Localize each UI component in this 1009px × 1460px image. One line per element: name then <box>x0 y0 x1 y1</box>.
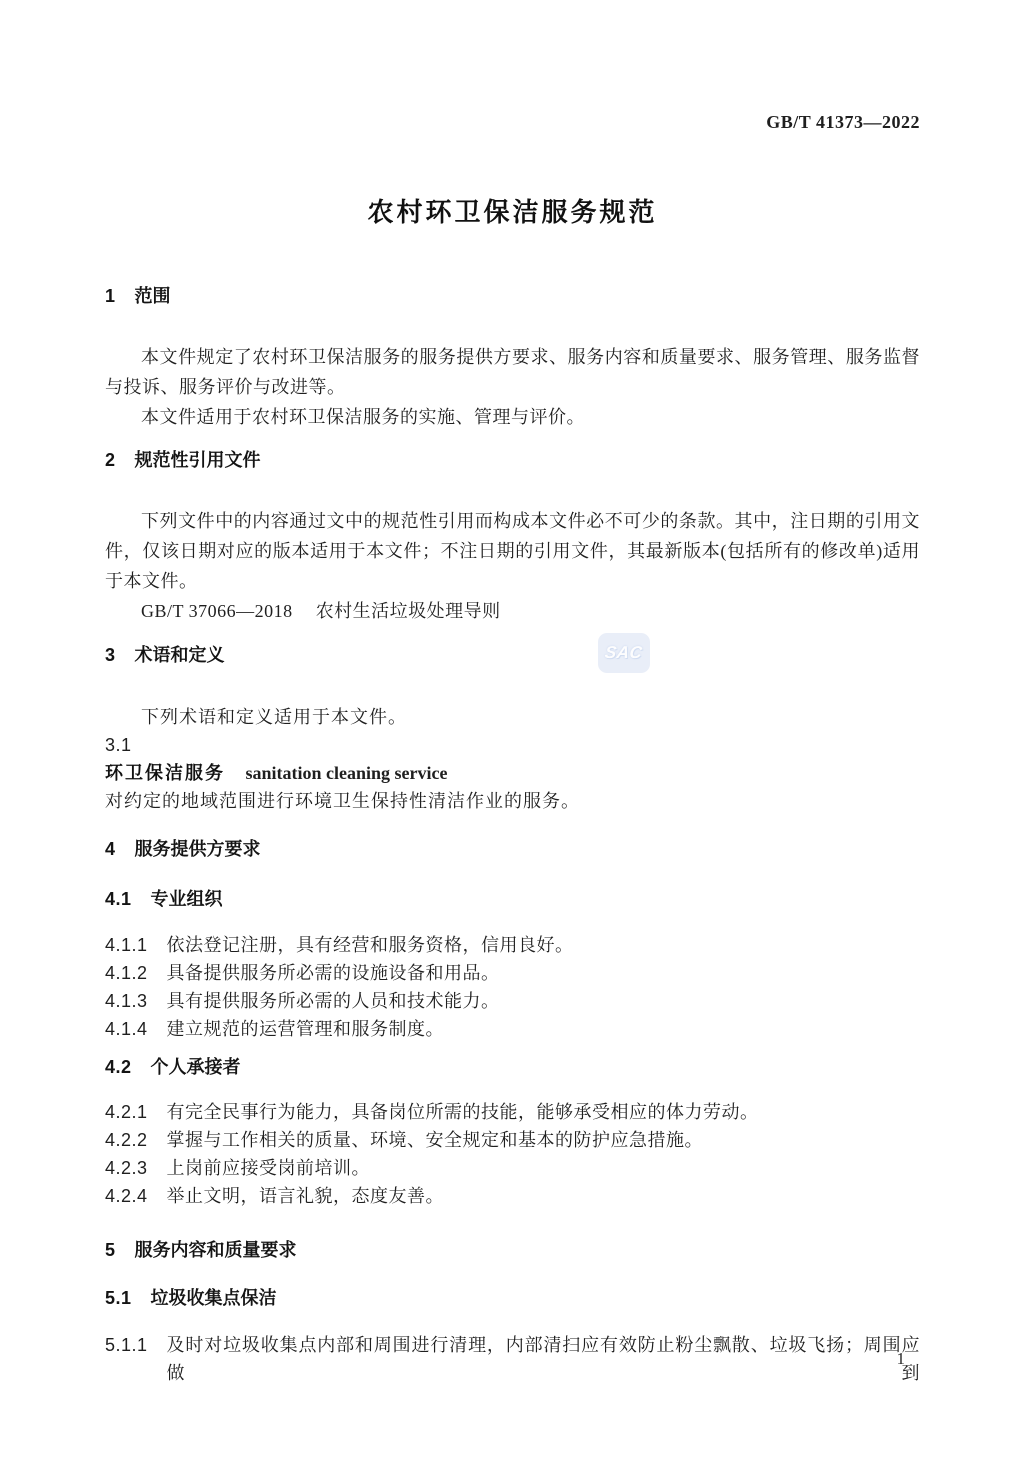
reference-title: 农村生活垃圾处理导则 <box>316 601 501 621</box>
reference-code: GB/T 37066—2018 <box>141 601 293 621</box>
standard-code: GB/T 41373—2022 <box>105 112 920 132</box>
standard-document-page: GB/T 41373—2022 农村环卫保洁服务规范 1 范围 本文件规定了农村… <box>0 0 1009 1460</box>
subsection-number: 4.2 <box>105 1057 132 1077</box>
section-4-2-heading: 4.2 个人承接者 <box>105 1057 920 1077</box>
clause-text: 举止文明，语言礼貌，态度友善。 <box>167 1182 920 1210</box>
clause-text: 依法登记注册，具有经营和服务资格，信用良好。 <box>167 931 920 959</box>
section-5-heading: 5 服务内容和质量要求 <box>105 1240 920 1260</box>
subsection-heading-text: 垃圾收集点保洁 <box>151 1288 277 1308</box>
section-heading-text: 规范性引用文件 <box>135 450 261 470</box>
clause-row: 4.2.2 掌握与工作相关的质量、环境、安全规定和基本的防护应急措施。 <box>105 1126 920 1154</box>
clause-row: 4.2.1 有完全民事行为能力，具备岗位所需的技能，能够承受相应的体力劳动。 <box>105 1098 920 1126</box>
section-heading-text: 术语和定义 <box>135 645 225 665</box>
clause-text: 有完全民事行为能力，具备岗位所需的技能，能够承受相应的体力劳动。 <box>167 1098 920 1126</box>
subsection-number: 5.1 <box>105 1288 132 1308</box>
clause-row: 4.1.2 具备提供服务所必需的设施设备和用品。 <box>105 959 920 987</box>
term-definition: 对约定的地域范围进行环境卫生保持性清洁作业的服务。 <box>105 787 920 815</box>
section-heading-text: 服务提供方要求 <box>135 839 261 859</box>
clause-number: 4.2.4 <box>105 1182 148 1210</box>
scope-paragraph-2: 本文件适用于农村环卫保洁服务的实施、管理与评价。 <box>105 402 920 432</box>
clause-number: 4.1.4 <box>105 1015 148 1043</box>
section-number: 1 <box>105 286 116 306</box>
normative-references-paragraph: 下列文件中的内容通过文中的规范性引用而构成本文件必不可少的条款。其中，注日期的引… <box>105 506 920 596</box>
clause-row: 4.2.4 举止文明，语言礼貌，态度友善。 <box>105 1182 920 1210</box>
section-3-heading: 3 术语和定义 <box>105 645 920 665</box>
term-line: 环卫保洁服务 sanitation cleaning service <box>105 759 920 787</box>
section-number: 5 <box>105 1240 116 1260</box>
section-2-heading: 2 规范性引用文件 <box>105 450 920 470</box>
subsection-heading-text: 个人承接者 <box>151 1057 241 1077</box>
clause-row: 4.2.3 上岗前应接受岗前培训。 <box>105 1154 920 1182</box>
clause-number: 4.2.2 <box>105 1126 148 1154</box>
section-5-1-heading: 5.1 垃圾收集点保洁 <box>105 1288 920 1308</box>
terms-intro: 下列术语和定义适用于本文件。 <box>105 703 920 731</box>
clause-list-4-2: 4.2.1 有完全民事行为能力，具备岗位所需的技能，能够承受相应的体力劳动。 4… <box>105 1098 920 1210</box>
section-4-1-heading: 4.1 专业组织 <box>105 889 920 909</box>
clause-number: 4.2.1 <box>105 1098 148 1126</box>
clause-number: 4.1.2 <box>105 959 148 987</box>
section-number: 4 <box>105 839 116 859</box>
section-heading-text: 范围 <box>135 286 171 306</box>
clause-list-4-1: 4.1.1 依法登记注册，具有经营和服务资格，信用良好。 4.1.2 具备提供服… <box>105 931 920 1043</box>
page-number: 1 <box>897 1348 906 1370</box>
page-content: GB/T 41373—2022 农村环卫保洁服务规范 1 范围 本文件规定了农村… <box>105 0 920 1387</box>
section-number: 3 <box>105 645 116 665</box>
clause-list-5-1: 5.1.1 及时对垃圾收集点内部和周围进行清理，内部清扫应有效防止粉尘飘散、垃圾… <box>105 1331 920 1387</box>
term-clause-number: 3.1 <box>105 731 920 759</box>
clause-text: 及时对垃圾收集点内部和周围进行清理，内部清扫应有效防止粉尘飘散、垃圾飞扬；周围应… <box>167 1331 920 1387</box>
section-4-heading: 4 服务提供方要求 <box>105 839 920 859</box>
clause-text: 具备提供服务所必需的设施设备和用品。 <box>167 959 920 987</box>
subsection-heading-text: 专业组织 <box>151 889 223 909</box>
clause-text: 上岗前应接受岗前培训。 <box>167 1154 920 1182</box>
clause-number: 4.1.3 <box>105 987 148 1015</box>
clause-number: 4.1.1 <box>105 931 148 959</box>
clause-number: 5.1.1 <box>105 1331 148 1359</box>
section-number: 2 <box>105 450 116 470</box>
document-title: 农村环卫保洁服务规范 <box>105 196 920 228</box>
reference-entry: GB/T 37066—2018 农村生活垃圾处理导则 <box>141 596 920 626</box>
subsection-number: 4.1 <box>105 889 132 909</box>
terms-block: 下列术语和定义适用于本文件。 3.1 环卫保洁服务 sanitation cle… <box>105 703 920 815</box>
clause-text: 掌握与工作相关的质量、环境、安全规定和基本的防护应急措施。 <box>167 1126 920 1154</box>
clause-row: 4.1.3 具有提供服务所必需的人员和技术能力。 <box>105 987 920 1015</box>
clause-text: 具有提供服务所必需的人员和技术能力。 <box>167 987 920 1015</box>
section-1-heading: 1 范围 <box>105 286 920 306</box>
term-chinese: 环卫保洁服务 <box>105 763 225 783</box>
scope-paragraph-1: 本文件规定了农村环卫保洁服务的服务提供方要求、服务内容和质量要求、服务管理、服务… <box>105 342 920 402</box>
clause-row: 5.1.1 及时对垃圾收集点内部和周围进行清理，内部清扫应有效防止粉尘飘散、垃圾… <box>105 1331 920 1387</box>
term-english: sanitation cleaning service <box>246 763 448 783</box>
clause-text: 建立规范的运营管理和服务制度。 <box>167 1015 920 1043</box>
section-heading-text: 服务内容和质量要求 <box>135 1240 297 1260</box>
clause-row: 4.1.4 建立规范的运营管理和服务制度。 <box>105 1015 920 1043</box>
clause-number: 4.2.3 <box>105 1154 148 1182</box>
clause-row: 4.1.1 依法登记注册，具有经营和服务资格，信用良好。 <box>105 931 920 959</box>
